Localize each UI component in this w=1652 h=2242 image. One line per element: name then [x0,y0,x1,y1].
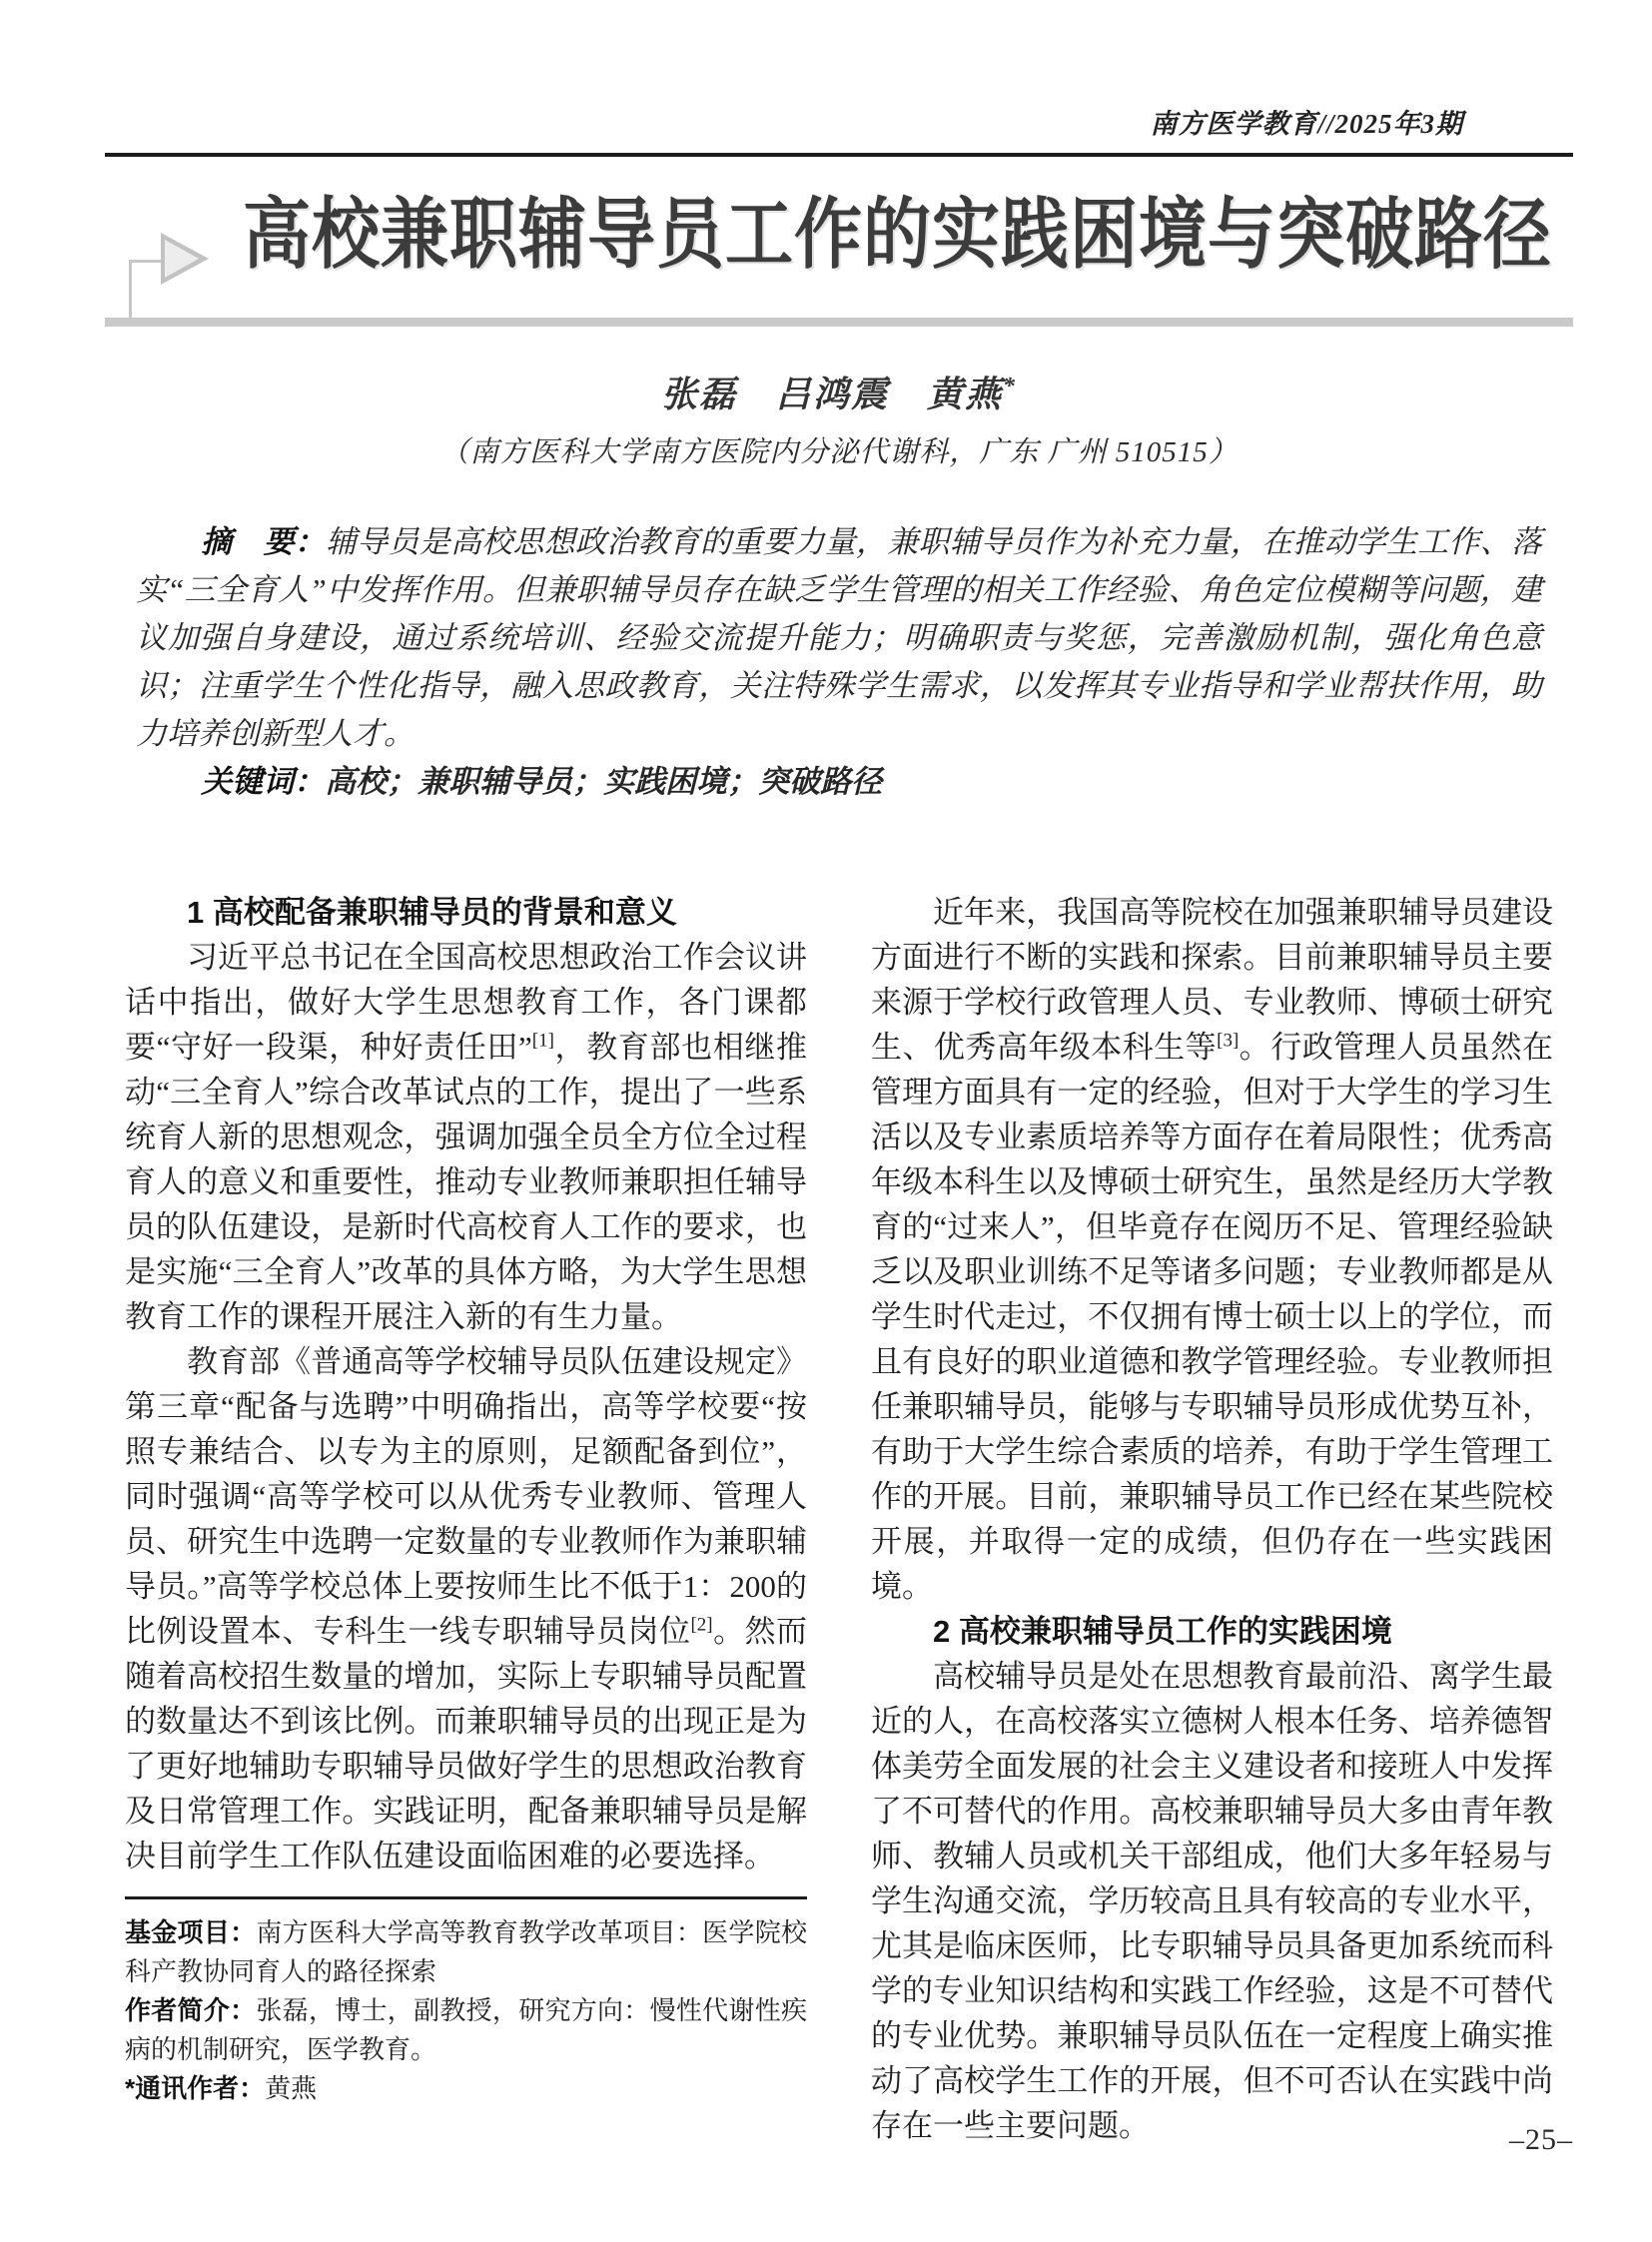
page-number: –25– [0,2123,1643,2157]
keywords-line: 关键词：高校；兼职辅导员；实践困境；突破路径 [136,758,1542,806]
left-paragraph-2: 教育部《普通高等学校辅导员队伍建设规定》第三章“配备与选聘”中明确指出，高等学校… [125,1339,807,1878]
left-paragraph-1-text-continued: ，教育部也相继推动“三全育人”综合改革试点的工作，提出了一些系统育人新的思想观念… [125,1030,807,1334]
abstract-text: 辅导员是高校思想政治教育的重要力量，兼职辅导员作为补充力量，在推动学生工作、落实… [136,524,1542,751]
journal-page: 南方医学教育//2025年3期 高校兼职辅导员工作的实践困境与突破路径 张磊 吕… [0,0,1652,2242]
reference-marker-1: [1] [532,1031,554,1052]
author-bio-label: 作者简介： [125,1995,256,2025]
abstract-block: 摘 要：辅导员是高校思想政治教育的重要力量，兼职辅导员作为补充力量，在推动学生工… [136,518,1542,806]
section-2-heading: 2 高校兼职辅导员工作的实践困境 [871,1609,1553,1654]
left-paragraph-2-text: 教育部《普通高等学校辅导员队伍建设规定》第三章“配备与选聘”中明确指出，高等学校… [125,1344,807,1649]
fund-project-label: 基金项目： [125,1917,256,1947]
keywords-text: 高校；兼职辅导员；实践困境；突破路径 [325,764,882,799]
right-paragraph-1-text-continued: 。行政管理人员虽然在管理方面具有一定的经验，但对于大学生的学习生活以及专业素质培… [871,1030,1553,1604]
fund-project-line: 基金项目：南方医科大学高等教育教学改革项目：医学院校科产教协同育人的路径探索 [125,1913,807,1991]
abstract-paragraph: 摘 要：辅导员是高校思想政治教育的重要力量，兼职辅导员作为补充力量，在推动学生工… [136,518,1542,758]
left-paragraph-2-text-continued: 。然而随着高校招生数量的增加，实际上专职辅导员配置的数量达不到该比例。而兼职辅导… [125,1614,807,1873]
reference-marker-2: [2] [690,1615,712,1636]
footnote-block: 基金项目：南方医科大学高等教育教学改革项目：医学院校科产教协同育人的路径探索 作… [125,1896,807,2108]
keywords-label: 关键词： [201,764,325,799]
right-paragraph-1: 近年来，我国高等院校在加强兼职辅导员建设方面进行不断的实践和探索。目前兼职辅导员… [871,890,1553,1609]
author-bio-line: 作者简介：张磊，博士，副教授，研究方向：慢性代谢性疾病的机制研究，医学教育。 [125,1991,807,2069]
page-content: 南方医学教育//2025年3期 高校兼职辅导员工作的实践困境与突破路径 张磊 吕… [105,0,1573,2148]
section-1-heading: 1 高校配备兼职辅导员的背景和意义 [125,890,807,935]
corresponding-author-label: *通讯作者： [125,2073,265,2103]
authors-line: 张磊 吕鸿震 黄燕* [105,367,1573,417]
left-paragraph-1: 习近平总书记在全国高校思想政治工作会议讲话中指出，做好大学生思想教育工作，各门课… [125,935,807,1339]
corresponding-author-name: 黄燕 [265,2074,317,2103]
title-decoration-line-vertical [129,260,132,318]
journal-running-head: 南方医学教育//2025年3期 [105,102,1573,141]
body-columns: 1 高校配备兼职辅导员的背景和意义 习近平总书记在全国高校思想政治工作会议讲话中… [125,890,1553,2148]
author-names: 张磊 吕鸿震 黄燕 [661,374,1003,414]
corresponding-author-asterisk: * [1003,374,1017,399]
title-block: 高校兼职辅导员工作的实践困境与突破路径 [105,195,1573,327]
right-column: 近年来，我国高等院校在加强兼职辅导员建设方面进行不断的实践和探索。目前兼职辅导员… [871,890,1553,2148]
article-title: 高校兼职辅导员工作的实践困境与突破路径 [243,182,1573,287]
header-rule [105,153,1573,157]
abstract-label: 摘 要： [201,524,326,559]
corresponding-author-line: *通讯作者：黄燕 [125,2069,807,2108]
title-underline [105,318,1573,327]
left-column: 1 高校配备兼职辅导员的背景和意义 习近平总书记在全国高校思想政治工作会议讲话中… [125,890,807,2148]
affiliation: （南方医科大学南方医院内分泌代谢科，广东 广州 510515） [105,429,1573,470]
reference-marker-3: [3] [1217,1031,1239,1052]
title-arrow-icon-highlight [165,240,199,278]
right-paragraph-2: 高校辅导员是处在思想教育最前沿、离学生最近的人，在高校落实立德树人根本任务、培养… [871,1654,1553,2148]
